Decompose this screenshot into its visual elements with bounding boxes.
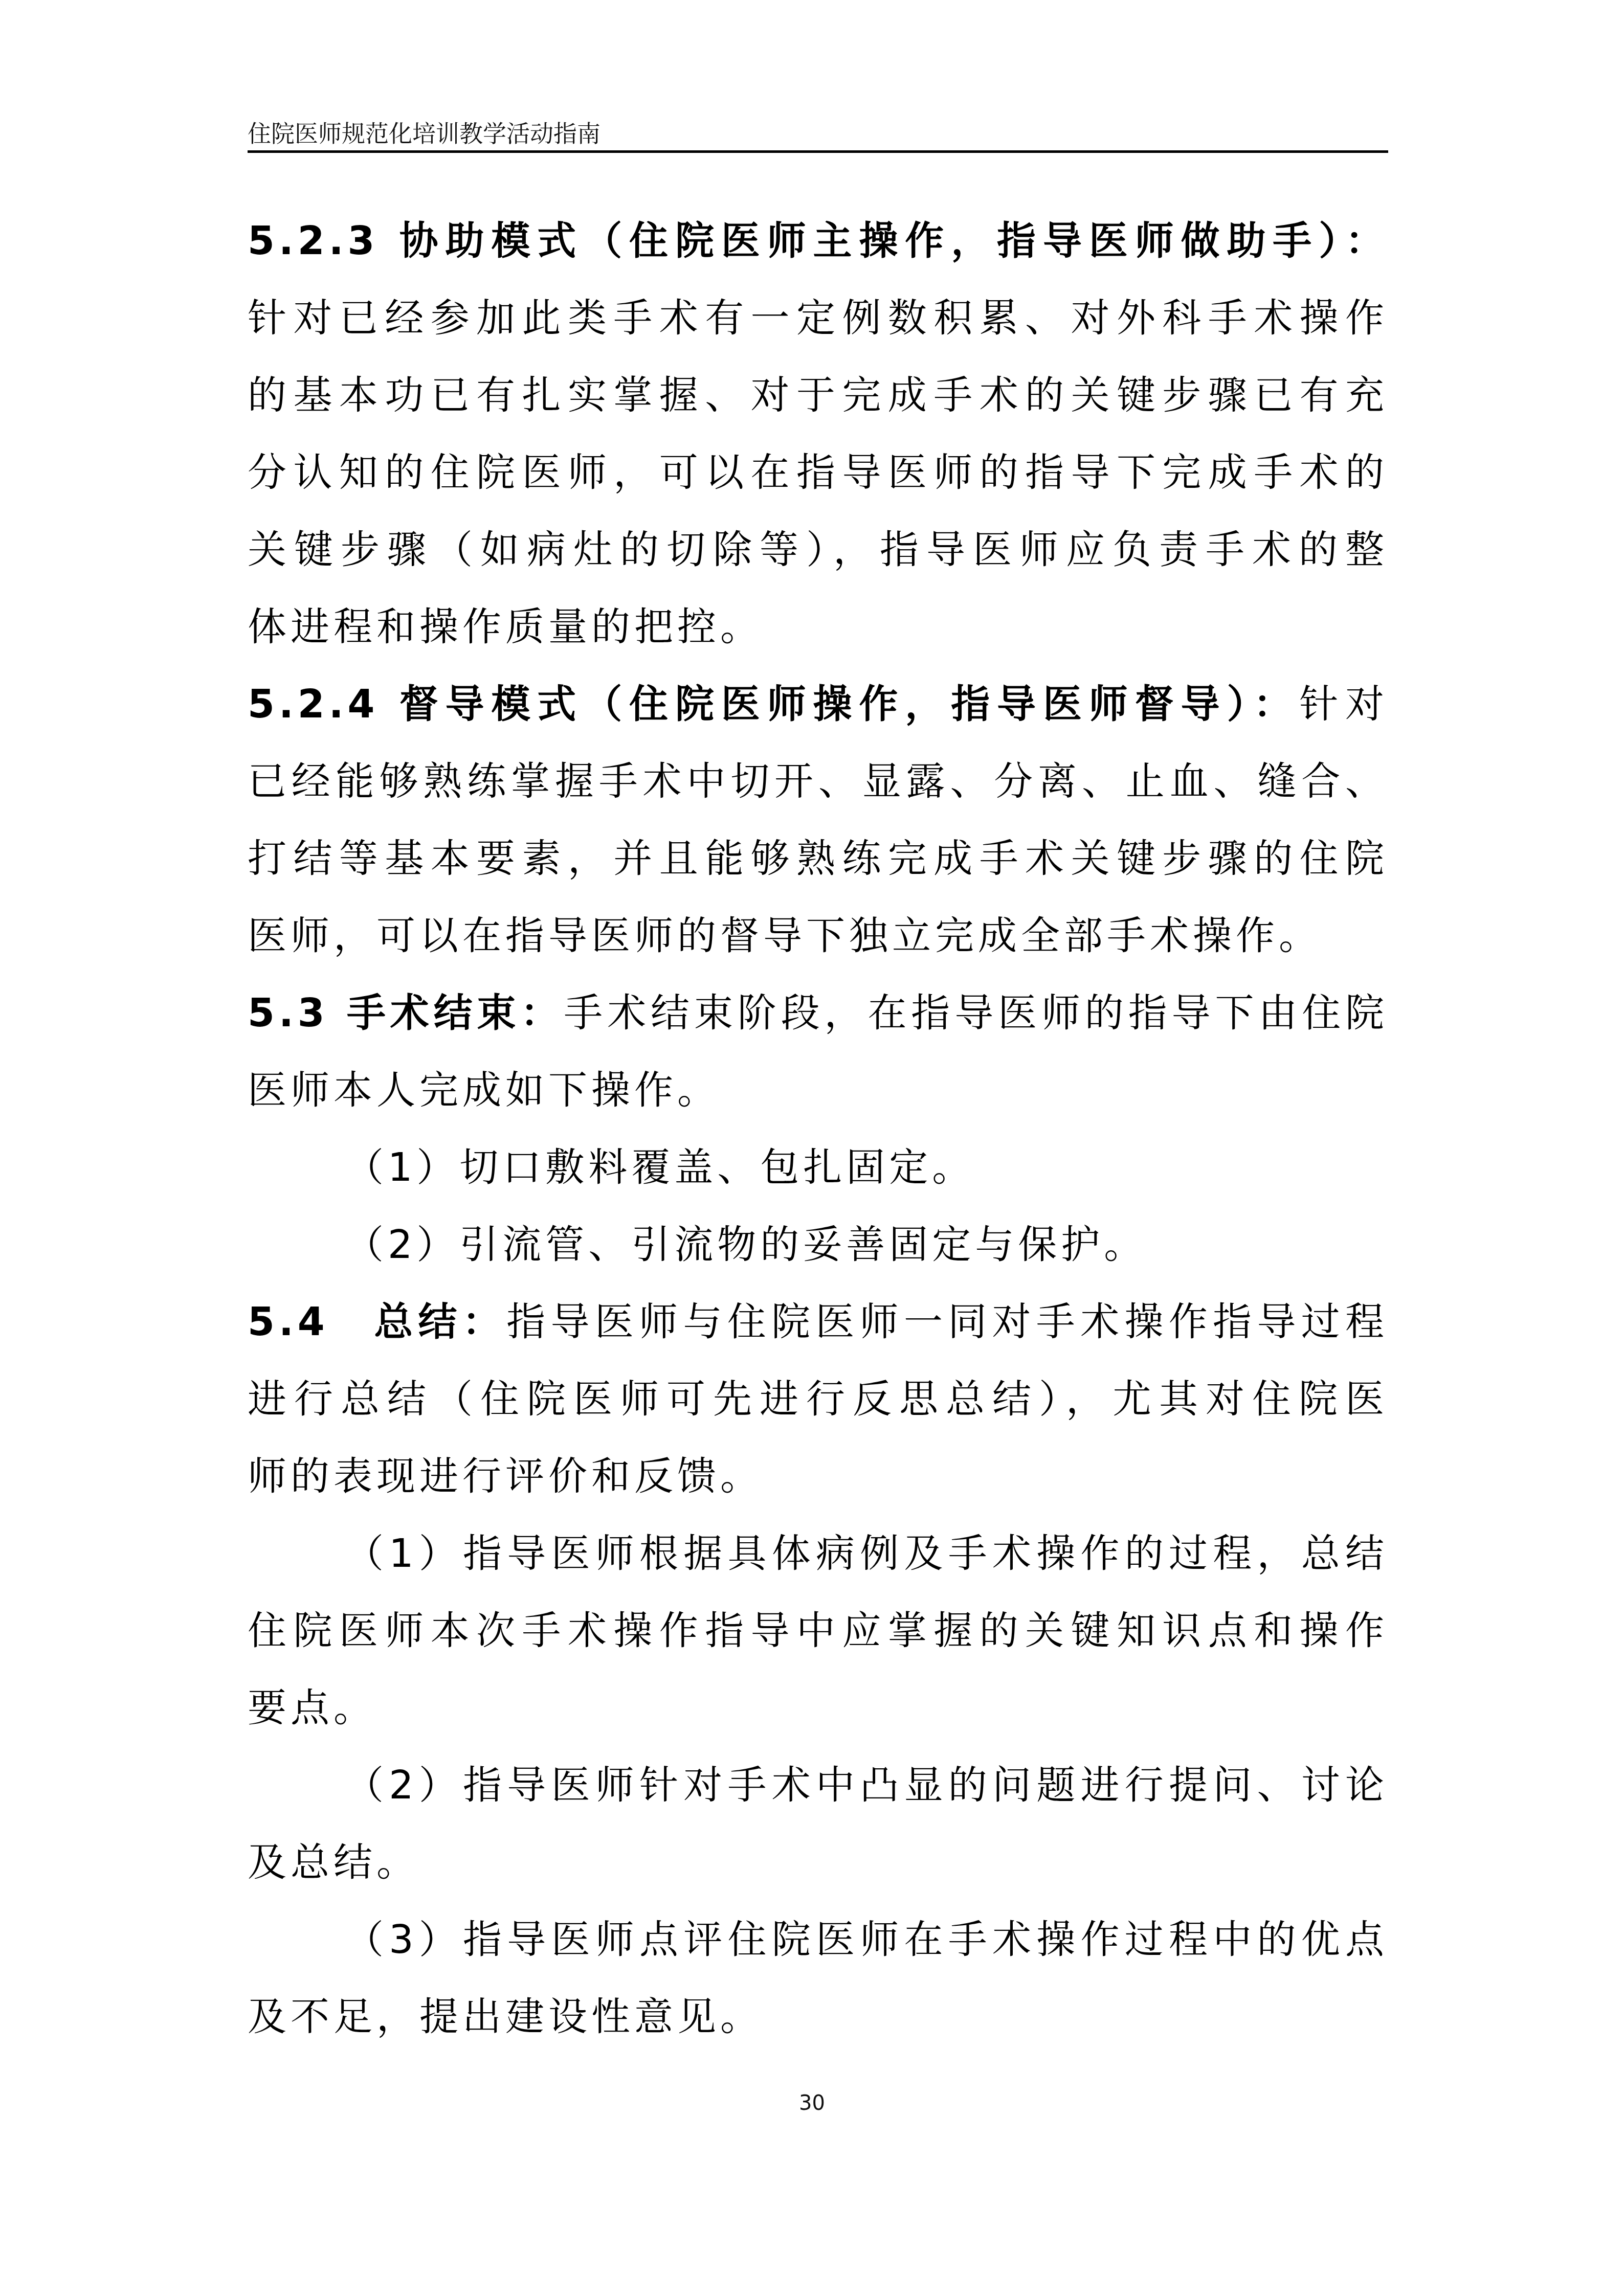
paragraph-line: 体进程和操作质量的把控。 (248, 588, 1388, 665)
paragraph-text: 针对 (1299, 681, 1388, 727)
paragraph-text: 指导医师与住院医师一同对手术操作指导过程 (506, 1299, 1388, 1344)
section-5-4-first-line: 5.4 总结：指导医师与住院医师一同对手术操作指导过程 (248, 1283, 1388, 1360)
paragraph-line: 关键步骤（如病灶的切除等），指导医师应负责手术的整 (248, 511, 1388, 588)
paragraph-line: 的基本功已有扎实掌握、对于完成手术的关键步骤已有充 (248, 356, 1388, 434)
section-5-3-first-line: 5.3 手术结束：手术结束阶段，在指导医师的指导下由住院 (248, 974, 1388, 1051)
paragraph-text: 手术结束阶段，在指导医师的指导下由住院 (564, 990, 1388, 1036)
section-5-2-3-heading: 5.2.3 协助模式（住院医师主操作，指导医师做助手）： (248, 202, 1388, 279)
paragraph-line: 医师本人完成如下操作。 (248, 1051, 1388, 1129)
list-item: （1）切口敷料覆盖、包扎固定。 (248, 1129, 1388, 1206)
page-number: 30 (0, 2091, 1624, 2115)
section-5-2-4-first-line: 5.2.4 督导模式（住院医师操作，指导医师督导）：针对 (248, 665, 1388, 742)
list-item-continuation: 及总结。 (248, 1824, 1388, 1901)
list-item: （2）指导医师针对手术中凸显的问题进行提问、讨论 (248, 1746, 1388, 1824)
paragraph-line: 师的表现进行评价和反馈。 (248, 1437, 1388, 1515)
header-title: 住院医师规范化培训教学活动指南 (248, 122, 600, 145)
paragraph-line: 打结等基本要素，并且能够熟练完成手术关键步骤的住院 (248, 820, 1388, 897)
paragraph-line: 已经能够熟练掌握手术中切开、显露、分离、止血、缝合、 (248, 742, 1388, 820)
section-5-3-heading: 5.3 手术结束： (248, 990, 564, 1036)
section-5-2-4-heading: 5.2.4 督导模式（住院医师操作，指导医师督导）： (248, 681, 1299, 727)
section-5-4-heading: 5.4 总结： (248, 1299, 506, 1344)
list-item: （2）引流管、引流物的妥善固定与保护。 (248, 1206, 1388, 1283)
running-header: 住院医师规范化培训教学活动指南 (248, 117, 1388, 150)
list-item-continuation: 要点。 (248, 1669, 1388, 1746)
list-item: （1）指导医师根据具体病例及手术操作的过程，总结 (248, 1515, 1388, 1592)
list-item: （3）指导医师点评住院医师在手术操作过程中的优点 (248, 1901, 1388, 1978)
list-item-continuation: 住院医师本次手术操作指导中应掌握的关键知识点和操作 (248, 1592, 1388, 1669)
paragraph-line: 分认知的住院医师，可以在指导医师的指导下完成手术的 (248, 434, 1388, 511)
list-item-continuation: 及不足，提出建设性意见。 (248, 1978, 1388, 2055)
page-body: 5.2.3 协助模式（住院医师主操作，指导医师做助手）： 针对已经参加此类手术有… (248, 202, 1388, 2055)
paragraph-line: 进行总结（住院医师可先进行反思总结），尤其对住院医 (248, 1360, 1388, 1437)
paragraph-line: 针对已经参加此类手术有一定例数积累、对外科手术操作 (248, 279, 1388, 356)
header-divider (248, 150, 1388, 153)
paragraph-line: 医师，可以在指导医师的督导下独立完成全部手术操作。 (248, 897, 1388, 974)
